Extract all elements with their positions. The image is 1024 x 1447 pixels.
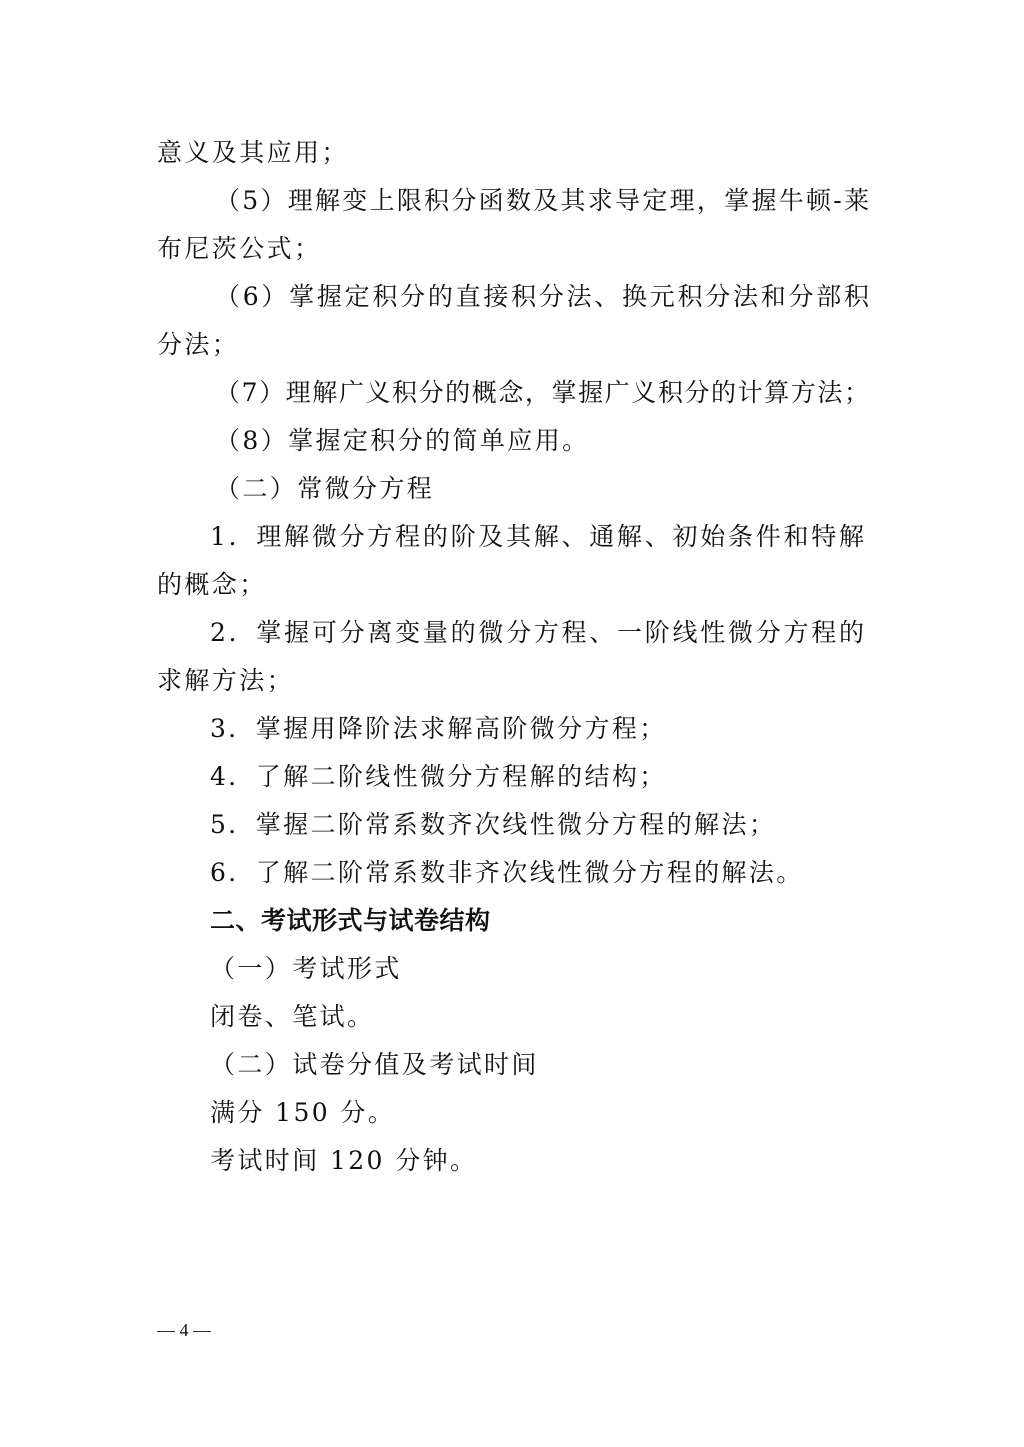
ode-item-2-line2: 求解方法；: [157, 665, 294, 697]
page-number: — 4 —: [157, 1318, 211, 1342]
document-page: 意义及其应用； （5）理解变上限积分函数及其求导定理，掌握牛顿-莱 布尼茨公式；…: [0, 0, 1024, 1447]
ode-item-4: 4．了解二阶线性微分方程解的结构；: [210, 761, 667, 793]
subsection-heading-exam-form: （一）考试形式: [210, 953, 402, 985]
list-item-6-line1: （6）掌握定积分的直接积分法、换元积分法和分部积: [215, 281, 870, 313]
list-item-7: （7）理解广义积分的概念，掌握广义积分的计算方法；: [215, 377, 870, 409]
list-item-8: （8）掌握定积分的简单应用。: [215, 425, 590, 457]
ode-item-1-line2: 的概念；: [157, 569, 267, 601]
full-score-text: 满分 150 分。: [210, 1097, 395, 1129]
subsection-heading-score-time: （二）试卷分值及考试时间: [210, 1049, 539, 1081]
ode-item-6: 6．了解二阶常系数非齐次线性微分方程的解法。: [210, 857, 804, 889]
ode-item-2-line1: 2．掌握可分离变量的微分方程、一阶线性微分方程的: [210, 617, 865, 649]
list-item-6-line2: 分法；: [157, 329, 239, 361]
exam-form-text: 闭卷、笔试。: [210, 1001, 374, 1033]
exam-time-text: 考试时间 120 分钟。: [210, 1145, 477, 1177]
section-heading-exam-format: 二、考试形式与试卷结构: [210, 905, 491, 937]
list-item-5-line1: （5）理解变上限积分函数及其求导定理，掌握牛顿-莱: [215, 185, 870, 217]
text-line-continuation: 意义及其应用；: [157, 137, 349, 169]
ode-item-3: 3．掌握用降阶法求解高阶微分方程；: [210, 713, 667, 745]
ode-item-1-line1: 1．理解微分方程的阶及其解、通解、初始条件和特解: [210, 521, 865, 553]
ode-item-5: 5．掌握二阶常系数齐次线性微分方程的解法；: [210, 809, 776, 841]
subsection-heading-ode: （二）常微分方程: [215, 473, 434, 505]
list-item-5-line2: 布尼茨公式；: [157, 233, 321, 265]
